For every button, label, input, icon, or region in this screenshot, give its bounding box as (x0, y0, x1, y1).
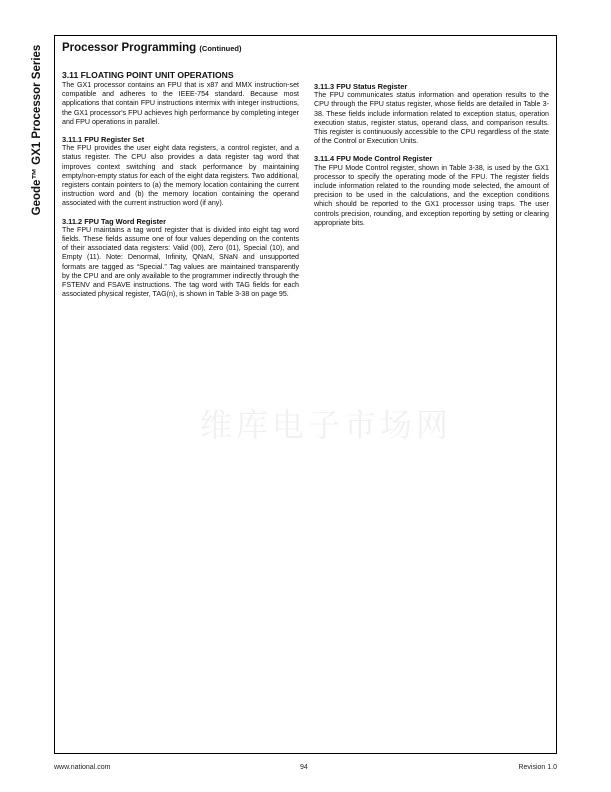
section-body-3-11-4: The FPU Mode Control register, shown in … (314, 164, 549, 228)
page-title: Processor Programming (Continued) (62, 42, 242, 54)
section-heading-3-11-1: 3.11.1 FPU Register Set (62, 135, 299, 144)
left-column: 3.11 FLOATING POINT UNIT OPERATIONS The … (62, 70, 299, 307)
section-body-3-11-3: The FPU communicates status information … (314, 91, 549, 146)
section-body-3-11-2: The FPU maintains a tag word register th… (62, 226, 299, 300)
footer-website: www.national.com (54, 764, 110, 771)
page-title-text: Processor Programming (62, 42, 196, 54)
footer-page-number: 94 (300, 764, 308, 771)
section-body-3-11: The GX1 processor contains an FPU that i… (62, 81, 299, 127)
section-heading-3-11-3: 3.11.3 FPU Status Register (314, 82, 549, 91)
page-title-suffix: (Continued) (199, 44, 241, 53)
footer-revision: Revision 1.0 (518, 764, 557, 771)
side-series-title-text: Geode™ GX1 Processor Series (31, 45, 43, 216)
section-heading-3-11-2: 3.11.2 FPU Tag Word Register (62, 217, 299, 226)
section-heading-3-11: 3.11 FLOATING POINT UNIT OPERATIONS (62, 70, 299, 80)
watermark: 维库电子市场网 (200, 400, 452, 446)
side-series-title: Geode™ GX1 Processor Series (30, 35, 44, 225)
section-body-3-11-1: The FPU provides the user eight data reg… (62, 144, 299, 208)
right-column: 3.11.3 FPU Status Register The FPU commu… (314, 82, 549, 236)
section-heading-3-11-4: 3.11.4 FPU Mode Control Register (314, 154, 549, 163)
